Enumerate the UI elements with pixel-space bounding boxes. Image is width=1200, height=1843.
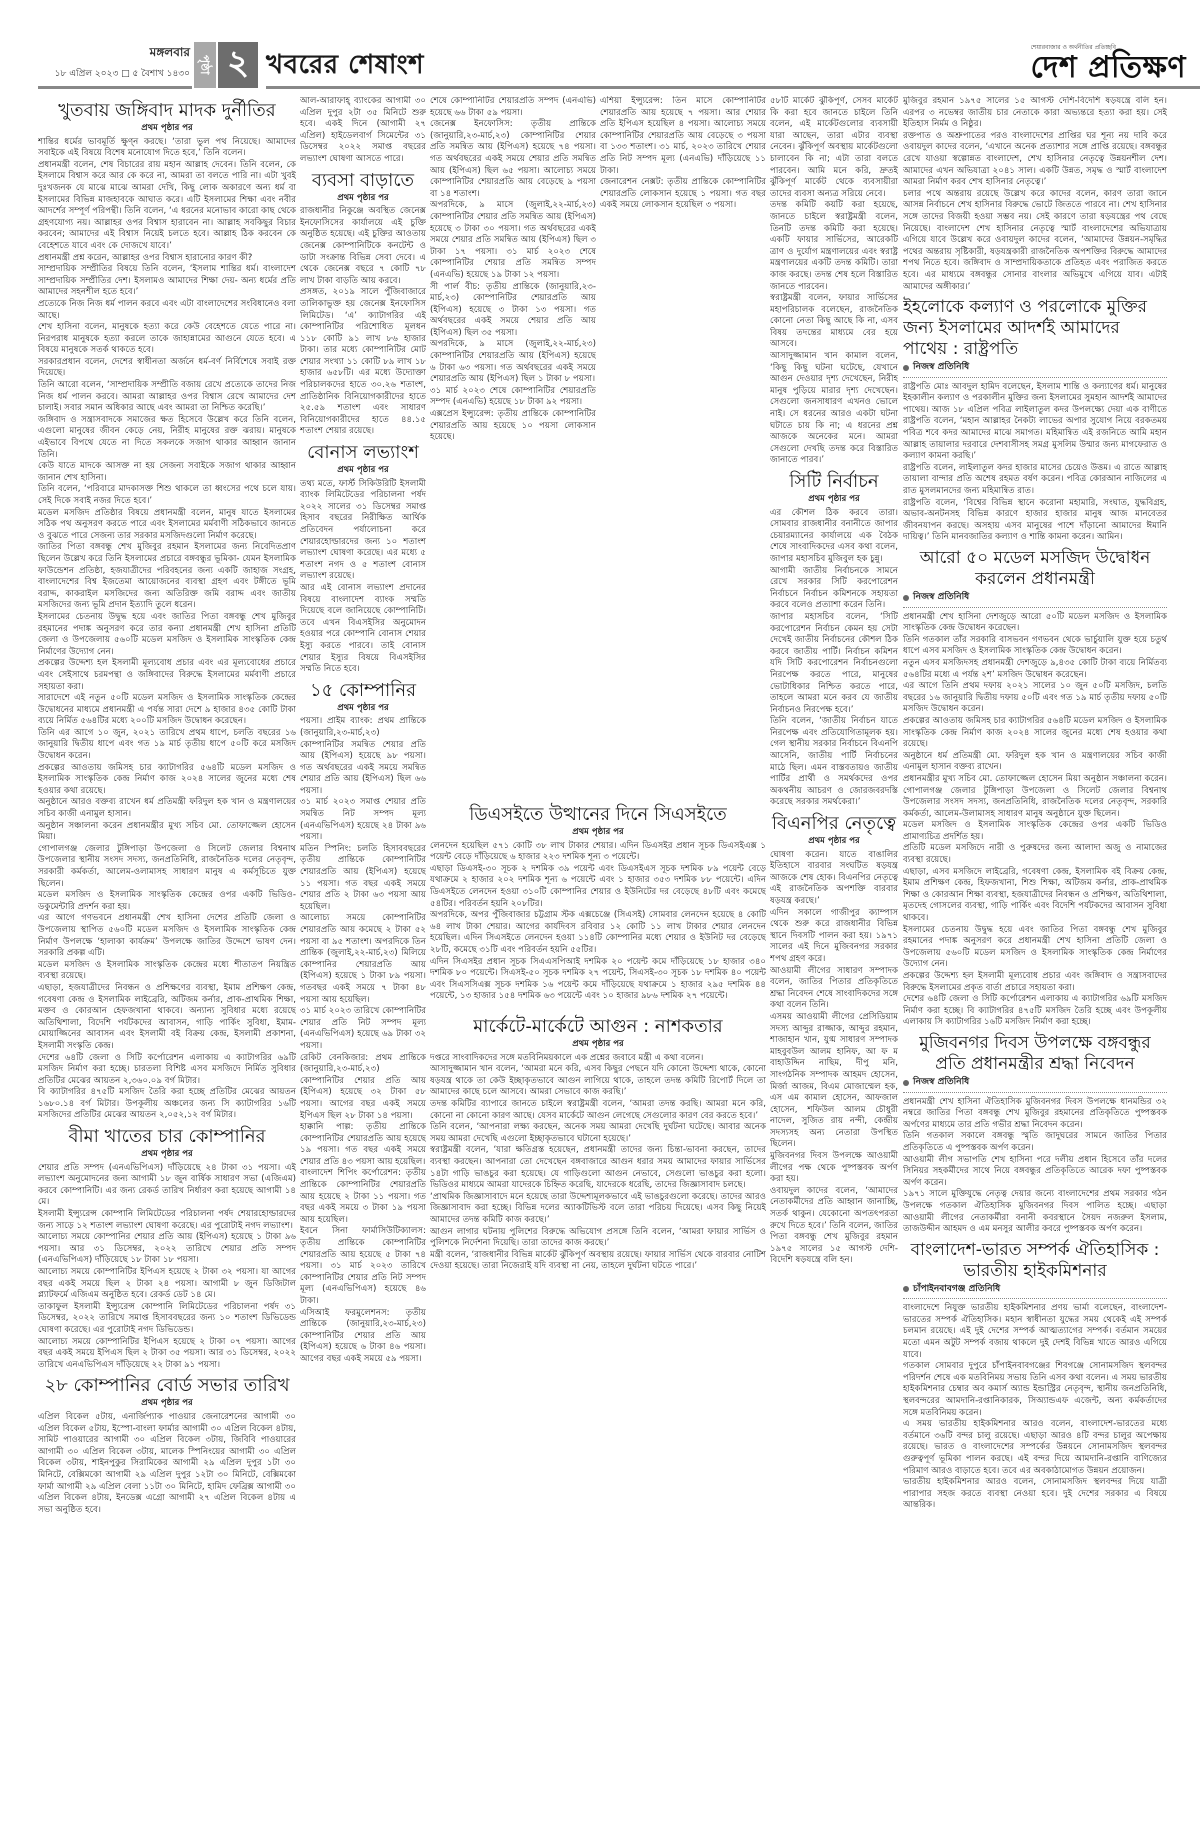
paragraph: আলোচ্য সময়ে কোম্পানিটির শেয়ারপ্রতি আয়…	[300, 913, 426, 1006]
paragraph: মুজিবুর রহমান ১৯৭৫ সালের ১৫ আগস্ট দেশি-ব…	[903, 96, 1167, 131]
article-model-mosques: আরো ৫০ মডেল মসজিদ উদ্বোধন করলেন প্রধানমন…	[903, 548, 1167, 1029]
article-bnp: বিএনপির নেতৃত্বে প্রথম পৃষ্ঠার পর ঘোষণা …	[770, 813, 898, 1267]
byline-text: নিজস্ব প্রতিনিধি	[913, 592, 969, 604]
paragraph: সরকারপ্রধান বলেন, দেশের স্বাধীনতা অর্জনে…	[38, 357, 296, 380]
article-continuation: ৫৮টি মার্কেট ঝুঁকিপূর্ণ, সেসব মার্কেট কি…	[770, 96, 898, 467]
continued-from-label: প্রথম পৃষ্ঠার পর	[300, 193, 426, 205]
paragraph: ভারতীয় হাইকমিশনার আরও বলেন, সোনামসজিদ স…	[903, 1477, 1167, 1512]
paragraph: এছাড়া ডিএসই-৩০ সূচক ২ দশমিক ৩৯ পয়েন্ট …	[430, 864, 766, 910]
paragraph: প্রধানমন্ত্রী শেখ হাসিনা ঐতিহাসিক মুজিবন…	[903, 1097, 1167, 1132]
column-6: মুজিবুর রহমান ১৯৭৫ সালের ১৫ আগস্ট দেশি-ব…	[903, 96, 1167, 1836]
paragraph: নতুন এসব মসজিদসহ প্রধানমন্ত্রী দেশজুড়ে …	[903, 658, 1167, 681]
paragraph: গোপালগঞ্জ জেলার টুঙ্গিপাড়া উপজেলা ও সিল…	[38, 844, 296, 890]
paragraph: অনুষ্ঠান সঞ্চালনা করেন প্রধানমন্ত্রীর মু…	[38, 821, 296, 844]
continued-from-label: প্রথম পৃষ্ঠার পর	[38, 123, 296, 135]
continued-from-label: প্রথম পৃষ্ঠার পর	[300, 703, 426, 715]
article-body: শেয়ার প্রতি সম্পদ (এনএভিপিএস) দাঁড়িয়ে…	[38, 1163, 296, 1372]
article-khutba: খুতবায় জঙ্গিবাদ মাদক দুর্নীতির প্রথম পৃ…	[38, 100, 296, 1122]
byline-text: নিজস্ব প্রতিনিধি	[913, 362, 969, 374]
paragraph: রাষ্ট্রপতি মোঃ আবদুল হামিদ বলেছেন, ইসলাম…	[903, 382, 1167, 463]
paragraph: বাংলাদেশ শিপিং কর্পোরেশন: তৃতীয় প্রান্ত…	[300, 1168, 426, 1226]
paragraph: ১৯৭১ সালে মুক্তিযুদ্ধে নেতৃত্ব দেয়ার জন…	[903, 1189, 1167, 1235]
paragraph: তদন্ত কমিটির ব্যাপারে জানতে চাইলে স্বরাষ…	[430, 1099, 766, 1122]
paragraph: আওয়ামী লীগের সাধারণ সম্পাদক বলেন, জাতির…	[770, 966, 898, 1012]
masthead: মঙ্গলবার ১৮ এপ্রিল ২০২৩ □ ৫ বৈশাখ ১৪৩০ প…	[0, 0, 1200, 88]
article-india-relations: বাংলাদেশ-ভারত সম্পর্ক ঐতিহাসিক : ভারতীয়…	[903, 1240, 1167, 1512]
paragraph: আগামী জাতীয় নির্বাচনকে সামনে রেখে সরকার…	[770, 566, 898, 612]
article-market-fire: মার্কেটে-মার্কেটে আগুন : নাশকতার প্রথম প…	[430, 1012, 766, 1838]
headline: মুজিবনগর দিবস উপলক্ষে বঙ্গবন্ধুর প্রতি প…	[903, 1033, 1167, 1075]
paragraph: প্রধানমন্ত্রী প্রশ্ন করেন, আল্লাহর ওপর ব…	[38, 253, 296, 265]
article-board-meeting: ২৮ কোম্পানির বোর্ড সভার তারিখ প্রথম পৃষ্…	[38, 1375, 296, 1516]
article-byabsa: ব্যবসা বাড়াতে প্রথম পৃষ্ঠার পর রাজধানীর…	[300, 170, 426, 438]
paragraph: অপরদিকে, ৯ মাসে (জুলাই,২২-মার্চ,২৩) কোম্…	[430, 200, 596, 281]
paragraph: প্রধানমন্ত্রী বলেন, শেষ বিচারের রায় মহা…	[38, 160, 296, 253]
headline: ইহলোকে কল্যাণ ও পরলোকে মুক্তির জন্য ইসলা…	[903, 297, 1167, 360]
paragraph: বি ক্যাটাগরির ৪৭৫টি মসজিদ তৈরি করা হচ্ছে…	[38, 1087, 296, 1122]
paragraph: এ সময় ভারতীয় হাইকমিশনার আরও বলেন, বাংল…	[903, 1419, 1167, 1477]
paragraph: মডেল মসজিদ ও ইসলামিক সাংস্কৃতিক কেন্দ্রে…	[38, 890, 296, 913]
column-1: খুতবায় জঙ্গিবাদ মাদক দুর্নীতির প্রথম পৃ…	[38, 96, 296, 1836]
paragraph: তদন্ত কমিটি কয়টি করা হয়েছে, জানতে চাইল…	[770, 200, 898, 293]
paragraph: তিনি বলেন, ‘আপনারা লক্ষ্য করছেন, অনেক সম…	[430, 1122, 766, 1145]
byline-bullet-icon	[903, 1286, 909, 1292]
byline: চাঁপাইনবাবগঞ্জ প্রতিনিধি	[903, 1284, 1167, 1296]
paragraph: এর আগে গণভবনে প্রধানমন্ত্রী শেখ হাসিনা দ…	[38, 913, 296, 959]
paragraph: সাম্প্রদায়িক সম্প্রীতির বিষয়ে তিনি বলে…	[38, 264, 296, 299]
article-bonus: বোনাস লভ্যাংশ প্রথম পৃষ্ঠার পর তথ্য মতে,…	[300, 442, 426, 676]
article-body: শান্তির ধর্মের ভাবমূর্তি ক্ষুণ্ন করছে। ‘…	[38, 137, 296, 1122]
continued-from-label: প্রথম পৃষ্ঠার পর	[38, 1149, 296, 1161]
divider	[903, 377, 1167, 378]
byline-text: চাঁপাইনবাবগঞ্জ প্রতিনিধি	[913, 1284, 1000, 1296]
paragraph: মতিন স্পিনিং: চলতি হিসাববছরের তৃতীয় প্র…	[300, 844, 426, 914]
paragraph: প্রত্যেকে নিজ নিজ ধর্ম পালন করবে এবং এটা…	[38, 299, 296, 322]
paragraph: শান্তির ধর্মের ভাবমূর্তি ক্ষুণ্ন করছে। ‘…	[38, 137, 296, 160]
paragraph: দপ্তরে সাংবাদিকদের সঙ্গে মতবিনিময়কালে এ…	[430, 1053, 766, 1065]
paragraph: অপরদিকে, অপর পুঁজিবাজার চট্টগ্রাম স্টক এ…	[430, 910, 766, 956]
paragraph: মডেল মসজিদ ও ইসলামিক সাংস্কৃতিক কেন্দ্রে…	[903, 820, 1167, 843]
paragraph: ইবনে সিনা ফার্মাসিউটিক্যালস: তৃতীয় প্রা…	[300, 1226, 426, 1307]
page-number: ২	[218, 42, 258, 88]
issue-date-block: মঙ্গলবার ১৮ এপ্রিল ২০২৩ □ ৫ বৈশাখ ১৪৩০	[40, 44, 190, 81]
paragraph: ইসলামী ইন্স্যুরেন্স কোম্পানি লিমিটেডের প…	[38, 1209, 296, 1232]
divider	[903, 1092, 1167, 1093]
paragraph: আগুন লাগার ঘটনায় পুলিশের বিরুদ্ধে অভিযো…	[430, 1227, 766, 1250]
paragraph: এর কৌশল ঠিক করবে তারা। সোমবার রাজধানীর ব…	[770, 508, 898, 566]
paragraph: ইসলামের চেতনায় উদ্বুদ্ধ হয়ে এবং জাতির …	[38, 612, 296, 658]
paragraph: জেনারেশন নেক্সট: তৃতীয় প্রান্তিকে কোম্প…	[600, 177, 766, 212]
paragraph: রেকিট বেনকিজার: প্রথম প্রান্তিকে (জানুয়…	[300, 1053, 426, 1123]
paragraph: স্বরাষ্ট্রমন্ত্রী বলেন, ‘যারা ক্ষতিগ্রস্…	[430, 1145, 766, 1191]
headline: আরো ৫০ মডেল মসজিদ উদ্বোধন করলেন প্রধানমন…	[903, 548, 1167, 590]
headline: ২৮ কোম্পানির বোর্ড সভার তারিখ	[38, 1375, 296, 1397]
article-continuation: মুজিবুর রহমান ১৯৭৫ সালের ১৫ আগস্ট দেশি-ব…	[903, 96, 1167, 293]
article-dse: ডিএসইতে উত্থানের দিনে সিএসইতে প্রথম পৃষ্…	[430, 800, 766, 1010]
paragraph: ইসলামের চেতনায় উদ্বুদ্ধ হয়ে এবং জাতির …	[903, 925, 1167, 971]
paragraph: ওবায়দুল কাদের বলেন, ‘আমাদের নেতাকর্মীদে…	[770, 1186, 898, 1267]
headline: সিটি নির্বাচন	[770, 471, 898, 493]
section-title: খবরের শেষাংশ	[266, 44, 424, 88]
paragraph: কেউ যাতে মাদকে আসক্ত না হয় সেজন্য সবাইক…	[38, 461, 296, 484]
paragraph: তাকাফুল ইসলামী ইন্স্যুরেন্স কোম্পানি লিম…	[38, 1302, 296, 1337]
paragraph: রাজধানীর নিকুঞ্জে অবস্থিত জেনেক্স ইনফোসি…	[300, 206, 426, 287]
paragraph: রাষ্ট্রপতি বলেন, লাইলাতুল কদর হাজার মাসে…	[903, 463, 1167, 498]
paragraph: মন্ত্রী বলেন, ‘রাজধানীর বিভিন্ন মার্কেট …	[430, 1250, 766, 1273]
paragraph: শেষে কোম্পানিটির শেয়ারপ্রতি সম্পদ (এনএভ…	[430, 96, 596, 119]
article-islam-president: ইহলোকে কল্যাণ ও পরলোকে মুক্তির জন্য ইসলা…	[903, 297, 1167, 544]
column-2: আল-আরাফাহ্ ব্যাংকের আগামী ৩০ এপ্রিল দুপু…	[300, 96, 426, 1836]
article-continuation: আল-আরাফাহ্ ব্যাংকের আগামী ৩০ এপ্রিল দুপু…	[300, 96, 426, 166]
headline: ১৫ কোম্পানির	[300, 680, 426, 702]
paragraph: স্বরাষ্ট্রমন্ত্রী বলেন, ফায়ার সার্ভিসের…	[770, 293, 898, 351]
paragraph: আসাদুজ্জামান খান বলেন, ‘আমরা মনে করি, এস…	[430, 1064, 766, 1099]
paragraph: জেনেক্স ইনফোসিস: তৃতীয় প্রান্তিকে (জানু…	[430, 119, 596, 200]
paragraph: এদিন সকালে গাজীপুর ক্যাম্পাস থেকে শুরু ক…	[770, 908, 898, 966]
byline: নিজস্ব প্রতিনিধি	[903, 1077, 1167, 1089]
paragraph: প্রকল্পের উদ্দেশ্য হল ইসলামী মূল্যবোধ প্…	[903, 971, 1167, 994]
paragraph: ‘প্রাথমিক জিজ্ঞাসাবাদে মনে হয়েছে তারা উ…	[430, 1192, 766, 1227]
paragraph: শেখ হাসিনা বলেন, মানুষকে হত্যা করে কেউ ব…	[38, 322, 296, 357]
continued-from-label: প্রথম পৃষ্ঠার পর	[38, 1398, 296, 1410]
paragraph: প্রকল্পের উদ্দেশ্য হল ইসলামী মূল্যবোধ প্…	[38, 658, 296, 693]
paragraph: তিনি আরো বলেন, ‘সাম্প্রদায়িক সম্প্রীতি …	[38, 380, 296, 415]
headline: বীমা খাতের চার কোম্পানির	[38, 1126, 296, 1148]
headline: বোনাস লভ্যাংশ	[300, 442, 426, 464]
paragraph: ৫৮টি মার্কেট ঝুঁকিপূর্ণ, সেসব মার্কেট কি…	[770, 96, 898, 200]
paragraph: দেশের ৬৪টি জেলা ও সিটি কর্পোরেশন এলাকায়…	[38, 1053, 296, 1088]
paragraph: রাষ্ট্রপতি বলেন, ‘বিশ্বের বিভিন্ন স্থানে…	[903, 498, 1167, 544]
paragraph: আর এই বোনাস লভ্যাংশ প্রদানের বিষয়ে বাংল…	[300, 583, 426, 676]
paragraph: জাতির পিতা বঙ্গবন্ধু শেখ মুজিবুর রহমান ই…	[38, 542, 296, 612]
article-body: এপ্রিল বিকেল ৫টায়, এনার্জিপ্যাক পাওয়ার…	[38, 1412, 296, 1516]
paragraph: প্রকল্পের আওতায় জমিসহ চার ক্যাটাগরির ৫৬…	[903, 716, 1167, 751]
paragraph: জঙ্গিবাদ ও সন্ত্রাসবাদকে সমাজের ক্ষত হিস…	[38, 415, 296, 461]
byline-bullet-icon	[903, 1080, 909, 1086]
paragraph: গতকাল সোমবার দুপুরে চাঁপাইনবাবগঞ্জের শিব…	[903, 1361, 1167, 1419]
article-fifteen-companies: ১৫ কোম্পানির প্রথম পৃষ্ঠার পর পয়সা। প্র…	[300, 680, 426, 1366]
paragraph: লেনদেন হয়েছিল ৫৭১ কোটি ৩৮ লাখ টাকার শেয…	[430, 841, 766, 864]
headline: ব্যবসা বাড়াতে	[300, 170, 426, 192]
paragraph: রক্তপাত ও অশ্রুপাতের পরও বাংলাদেশের প্রা…	[903, 131, 1167, 189]
byline-bullet-icon	[903, 365, 909, 371]
paragraph: এসিআই ফরমুলেশনস: তৃতীয় প্রান্তিকে (জানু…	[300, 1308, 426, 1366]
paragraph: এছাড়া, হজযাত্রীদের নিবন্ধন ও প্রশিক্ষণে…	[38, 983, 296, 1053]
paragraph: অনুষ্ঠানে ধর্ম প্রতিমন্ত্রী মো. ফরিদুল হ…	[903, 751, 1167, 774]
article-city-election: সিটি নির্বাচন প্রথম পৃষ্ঠার পর এর কৌশল ঠ…	[770, 471, 898, 809]
paragraph: প্রকল্পের আওতায় জমিসহ চার ক্যাটাগরির ৫৬…	[38, 763, 296, 798]
paragraph: মডেল মসজিদ প্রতিষ্ঠার বিষয়ে প্রধানমন্ত্…	[38, 508, 296, 543]
paragraph: প্রতিটি মডেল মসজিদে নারী ও পুরুষদের জন্য…	[903, 843, 1167, 866]
headline: মার্কেটে-মার্কেটে আগুন : নাশকতার	[430, 1016, 766, 1038]
paragraph: এপ্রিল বিকেল ৫টায়, এনার্জিপ্যাক পাওয়ার…	[38, 1412, 296, 1516]
paragraph: প্রসঙ্গত, ২০১৯ সালে পুঁজিবাজারে তালিকাভু…	[300, 287, 426, 438]
continued-from-label: প্রথম পৃষ্ঠার পর	[770, 836, 898, 848]
paragraph: তিনি এর আগে ১০ জুন, ২০২১ তারিখে প্রথম ধা…	[38, 728, 296, 763]
page-label: পৃষ্ঠা	[194, 42, 216, 88]
headline: বাংলাদেশ-ভারত সম্পর্ক ঐতিহাসিক : ভারতীয়…	[903, 1240, 1167, 1282]
paragraph: তিনি গতকাল তাঁর সরকারি বাসভবন গণভবন থেকে…	[903, 635, 1167, 658]
byline-bullet-icon	[903, 595, 909, 601]
paragraph: এদিন সিএসইর প্রধান সূচক সিএএসপিআই দশমিক …	[430, 957, 766, 1003]
masthead-rule	[266, 86, 1200, 89]
paragraph: দেশের ৬৪টি জেলা ও সিটি কর্পোরেশন এলাকায়…	[903, 994, 1167, 1029]
paragraph: হাক্কানি পাল্প: তৃতীয় প্রান্তিকে কোম্পা…	[300, 1122, 426, 1168]
paragraph: তিনি বলেন, ‘পরিবারে মাদকাসক্ত শিশু থাকলে…	[38, 484, 296, 507]
byline-text: নিজস্ব প্রতিনিধি	[913, 1077, 969, 1089]
paragraph: তিনি বলেন, ‘জাতীয় নির্বাচন যাতে নিরপেক্…	[770, 716, 898, 809]
headline: খুতবায় জঙ্গিবাদ মাদক দুর্নীতির	[38, 100, 296, 122]
paragraph: এর আগে তিনি প্রথম দফায় ২০২১ সালের ১০ জু…	[903, 681, 1167, 716]
headline: বিএনপির নেতৃত্বে	[770, 813, 898, 835]
paragraph: সারাদেশে এই নতুন ৫০টি মডেল মসজিদ ও ইসলাম…	[38, 693, 296, 728]
byline: নিজস্ব প্রতিনিধি	[903, 592, 1167, 604]
continued-from-label: প্রথম পৃষ্ঠার পর	[770, 494, 898, 506]
paragraph: ৩১ মার্চ ২০২৩ শেষে কোম্পানিটির শেয়ারপ্র…	[430, 386, 596, 409]
paragraph: মডেল মসজিদ ও ইসলামিক সাংস্কৃতিক কেন্দ্রে…	[38, 960, 296, 983]
paragraph: ৩১ মার্চ ২০২৩ তারিখে কোম্পানিটির শেয়ার …	[300, 1006, 426, 1052]
paragraph: তিনি গতকাল সকালে বঙ্গবন্ধু স্মৃতি জাদুঘর…	[903, 1131, 1167, 1154]
paragraph: আলোচ্য সময়ে কোম্পানিটির ইপিএস হয়েছে ২ …	[38, 1337, 296, 1372]
paragraph: আওয়ামী লীগ সভাপতি শেখ হাসিনা পরে দলীয় …	[903, 1155, 1167, 1190]
paragraph: আলোচ্য সময়ে কোম্পানির শেয়ার প্রতি আয় …	[38, 1232, 296, 1267]
paragraph: বাংলাদেশে নিযুক্ত ভারতীয় হাইকমিশনার প্র…	[903, 1303, 1167, 1361]
divider	[903, 1298, 1167, 1299]
paragraph: শেয়ার প্রতি সম্পদ (এনএভিপিএস) দাঁড়িয়ে…	[38, 1163, 296, 1209]
paragraph: প্রধানমন্ত্রী শেখ হাসিনা দেশজুড়ে আরো ৫০…	[903, 612, 1167, 635]
paragraph: আলোচ্য সময়ে কোম্পানিটির ইপিএস হয়েছে ২ …	[38, 1267, 296, 1302]
paragraph: পয়সা। প্রাইম ব্যাংক: প্রথম প্রান্তিকে (…	[300, 716, 426, 797]
paragraph: মুজিবনগর দিবস উপলক্ষে আওয়ামী লীগের পক্ষ…	[770, 1151, 898, 1186]
masthead-rule	[38, 86, 192, 89]
paragraph: ৩১ মার্চ ২০২৩ সমাপ্ত শেয়ার প্রতি সমন্বি…	[300, 797, 426, 843]
issue-day: মঙ্গলবার	[40, 44, 190, 64]
article-continuation: শেষে কোম্পানিটির শেয়ারপ্রতি সম্পদ (এনএভ…	[430, 96, 596, 444]
headline: ডিএসইতে উত্থানের দিনে সিএসইতে	[430, 804, 766, 826]
paragraph: তথ্য মতে, ফার্স্ট সিকিউরিটি ইসলামী ব্যাং…	[300, 479, 426, 583]
paragraph: এছাড়া, এসব মসজিদে লাইব্রেরি, গবেষণা কেন…	[903, 867, 1167, 925]
logo-wordmark: দেশ প্রতিক্ষণ	[1030, 53, 1186, 83]
issue-date: ১৮ এপ্রিল ২০২৩ □ ৫ বৈশাখ ১৪৩০	[40, 66, 190, 81]
paragraph: জাপার মহাসচিব বলেন, ‘সিটি করপোরেশন নির্ব…	[770, 612, 898, 716]
divider	[903, 607, 1167, 608]
byline: নিজস্ব প্রতিনিধি	[903, 362, 1167, 374]
continued-from-label: প্রথম পৃষ্ঠার পর	[300, 465, 426, 477]
paragraph: এক্সপ্রেস ইন্স্যুরেন্স: তৃতীয় প্রান্তিক…	[430, 409, 596, 444]
paragraph: আল-আরাফাহ্ ব্যাংকের আগামী ৩০ এপ্রিল দুপু…	[300, 96, 426, 166]
paragraph: প্রধানমন্ত্রীর মুখ্য সচিব মো. তোফাজ্জেল …	[903, 774, 1167, 820]
column-5: ৫৮টি মার্কেট ঝুঁকিপূর্ণ, সেসব মার্কেট কি…	[770, 96, 898, 1836]
paragraph: আসাদুজ্জামান খান কামাল বলেন, ‘কিছু কিছু …	[770, 351, 898, 467]
article-bima: বীমা খাতের চার কোম্পানির প্রথম পৃষ্ঠার প…	[38, 1126, 296, 1371]
paragraph: এশিয়া ইন্স্যুরেন্স: তিন মাসে কোম্পানিটি…	[600, 96, 766, 177]
paragraph: সী পার্ল বীচ: তৃতীয় প্রান্তিকে (জানুয়া…	[430, 282, 596, 340]
paragraph: এসময় আওয়ামী লীগের প্রেসিডিয়াম সদস্য আ…	[770, 1012, 898, 1151]
newspaper-logo: শেয়ারবাজার ও অর্থনীতির প্রতিচ্ছবি দেশ প…	[1030, 42, 1186, 83]
paragraph: অনুষ্ঠানে আরও বক্তব্য রাখেন ধর্ম প্রতিমন…	[38, 797, 296, 820]
article-mujibnagar: মুজিবনগর দিবস উপলক্ষে বঙ্গবন্ধুর প্রতি প…	[903, 1033, 1167, 1236]
paragraph: চলার পথে অন্তরায় রয়েছে উল্লেখ করে কাদে…	[903, 189, 1167, 293]
continued-from-label: প্রথম পৃষ্ঠার পর	[430, 1039, 766, 1051]
continued-from-label: প্রথম পৃষ্ঠার পর	[430, 827, 766, 839]
paragraph: অপরদিকে, ৯ মাসে (জুলাই,২২-মার্চ,২৩) কোম্…	[430, 339, 596, 385]
paragraph: ঘোষণা করেন। যাতে বাঙালির ইতিহাসে বারবার …	[770, 850, 898, 908]
